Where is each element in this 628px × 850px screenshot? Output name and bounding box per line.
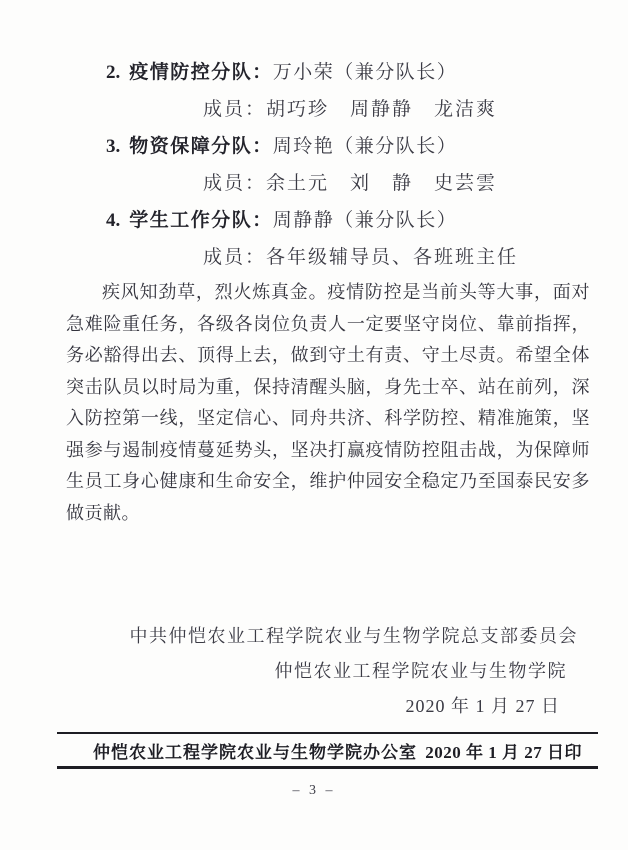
team-leader: 周静静（兼分队长） xyxy=(273,210,458,231)
paragraph-line: 疾风知劲草，烈火炼真金。疫情防控是当前头等大事，面对 xyxy=(66,277,590,309)
body-paragraph: 疾风知劲草，烈火炼真金。疫情防控是当前头等大事，面对 急难险重任务，各级各岗位负… xyxy=(66,277,590,529)
footer-office-name: 仲恺农业工程学院农业与生物学院办公室 xyxy=(93,738,417,763)
signature-block: 中共仲恺农业工程学院农业与生物学院总支部委员会 仲恺农业工程学院农业与生物学院 … xyxy=(0,619,628,724)
team-number: 3. xyxy=(106,136,120,157)
paragraph-line: 做贡献。 xyxy=(66,498,590,530)
team-members: 成员：胡巧珍 周静静 龙洁爽 xyxy=(203,91,628,128)
team-label: 学生工作分队： xyxy=(129,210,273,231)
page-number: – 3 – xyxy=(0,783,628,799)
team-leader: 周玲艳（兼分队长） xyxy=(273,136,458,157)
signature-org-line1: 中共仲恺农业工程学院农业与生物学院总支部委员会 xyxy=(0,619,628,654)
team-list-section: 2.疫情防控分队：万小荣（兼分队长） 成员：胡巧珍 周静静 龙洁爽 3.物资保障… xyxy=(0,54,628,276)
team-members: 成员：各年级辅导员、各班班主任 xyxy=(203,239,628,276)
team-number: 4. xyxy=(106,210,120,231)
paragraph-line: 强参与遏制疫情蔓延势头，坚决打赢疫情防控阻击战，为保障师 xyxy=(66,435,590,467)
team-members: 成员：余土元 刘 静 史芸雲 xyxy=(203,165,628,202)
signature-org-line2: 仲恺农业工程学院农业与生物学院 xyxy=(0,654,628,689)
team-item-3: 3.物资保障分队：周玲艳（兼分队长） xyxy=(106,128,628,165)
footer-print-date: 2020 年 1 月 27 日印 xyxy=(425,738,582,763)
document-page: 2.疫情防控分队：万小荣（兼分队长） 成员：胡巧珍 周静静 龙洁爽 3.物资保障… xyxy=(0,0,628,850)
paragraph-line: 生员工身心健康和生命安全，维护仲园安全稳定乃至国泰民安多 xyxy=(66,466,590,498)
paragraph-line: 突击队员以时局为重，保持清醒头脑，身先士卒、站在前列，深 xyxy=(66,372,590,404)
team-item-4: 4.学生工作分队：周静静（兼分队长） xyxy=(106,202,628,239)
team-label: 疫情防控分队： xyxy=(129,62,273,83)
footer-issuance-bar: 仲恺农业工程学院农业与生物学院办公室 2020 年 1 月 27 日印 xyxy=(57,732,598,769)
team-leader: 万小荣（兼分队长） xyxy=(273,62,458,83)
paragraph-line: 务必豁得出去、顶得上去，做到守土有责、守土尽责。希望全体 xyxy=(66,340,590,372)
paragraph-line: 急难险重任务，各级各岗位负责人一定要坚守岗位、靠前指挥， xyxy=(66,309,590,341)
signature-date: 2020 年 1 月 27 日 xyxy=(0,689,628,724)
paragraph-line: 入防控第一线，坚定信心、同舟共济、科学防控、精准施策，坚 xyxy=(66,403,590,435)
team-label: 物资保障分队： xyxy=(129,136,273,157)
team-number: 2. xyxy=(106,62,120,83)
team-item-2: 2.疫情防控分队：万小荣（兼分队长） xyxy=(106,54,628,91)
